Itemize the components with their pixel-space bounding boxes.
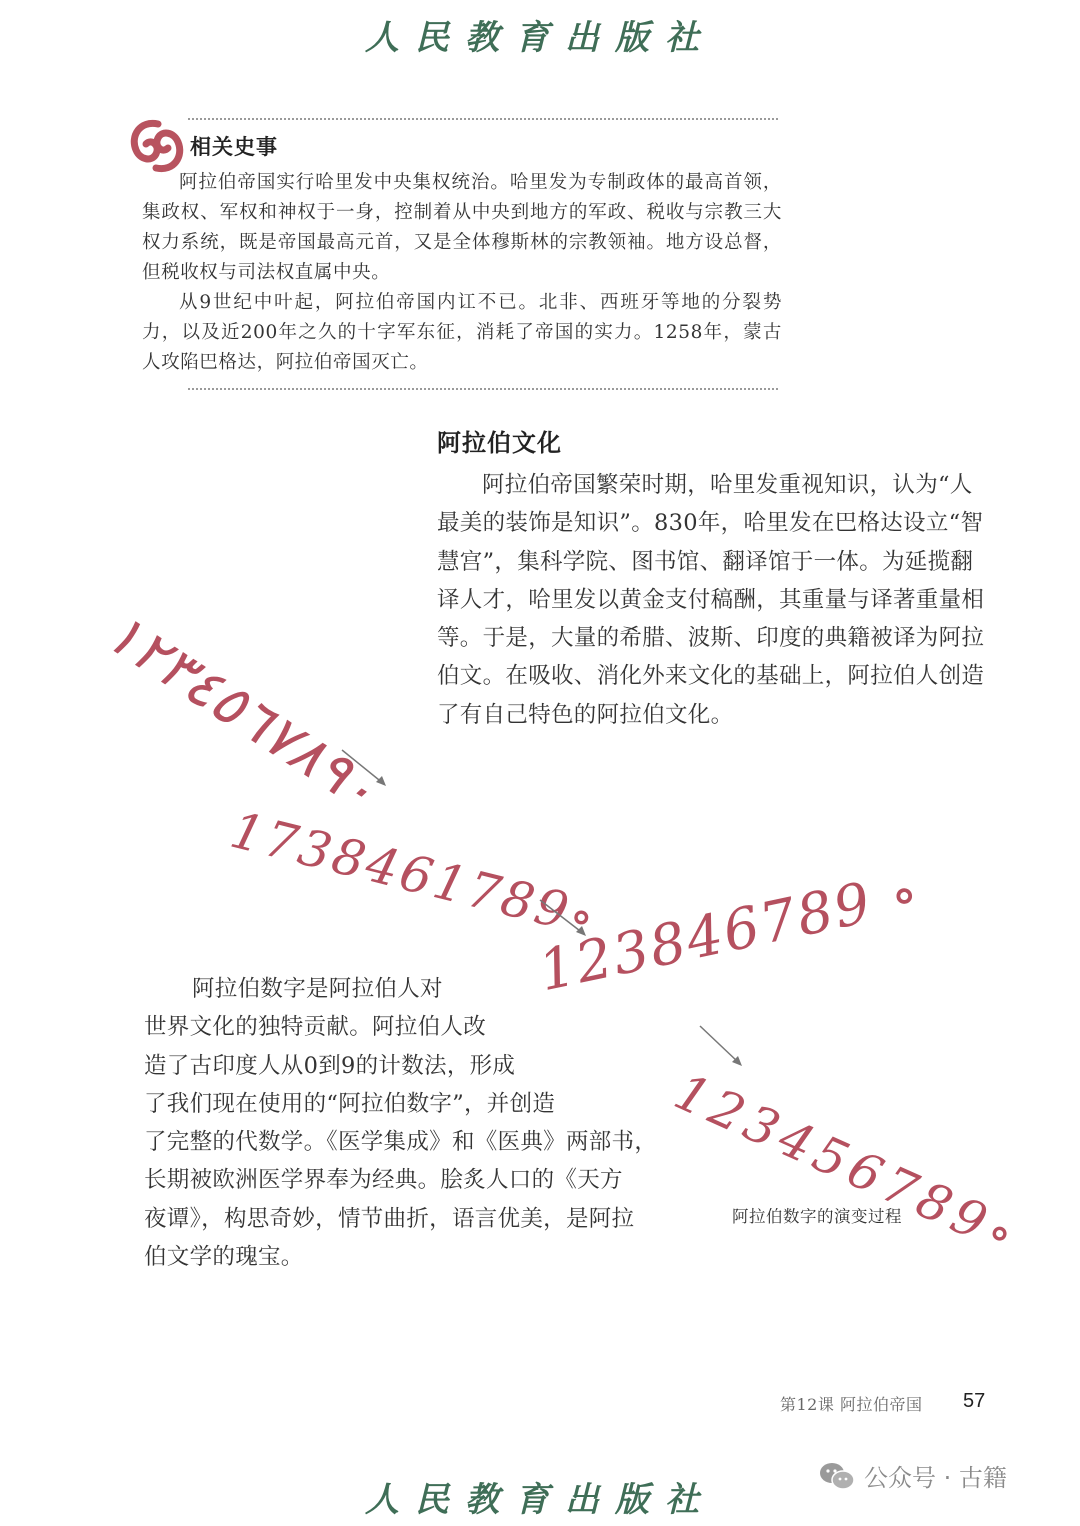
text-line: 世界文化的独特贡献。阿拉伯人改: [144, 1008, 696, 1046]
publisher-logo-bottom: 人民教育出版社: [0, 1472, 1080, 1521]
arrow-icon: [340, 748, 390, 790]
box-bottom-divider: [188, 388, 778, 390]
text-line: 了我们现在使用的“阿拉伯数字”，并创造: [144, 1085, 696, 1123]
text-line: 夜谭》，构思奇妙，情节曲折，语言优美，是阿拉: [144, 1200, 696, 1238]
text-line: 了完整的代数学。《医学集成》和《医典》两部书，: [144, 1123, 696, 1161]
box-title: 相关史事: [190, 131, 278, 161]
section-heading: 阿拉伯文化: [437, 423, 562, 458]
section-paragraph: 阿拉伯帝国繁荣时期，哈里发重视知识，认为“人最美的装饰是知识”。830年，哈里发…: [437, 466, 989, 734]
numerals-stage-4: 123456789∘: [666, 1063, 1028, 1267]
box-top-divider: [188, 118, 778, 120]
box-paragraph-2: 从9世纪中叶起，阿拉伯帝国内讧不已。北非、西班牙等地的分裂势力，以及近200年之…: [142, 288, 782, 378]
related-history-icon: [128, 118, 186, 174]
running-footer: 第12课 阿拉伯帝国: [780, 1392, 922, 1415]
publisher-logo-top: 人民教育出版社: [0, 10, 1080, 59]
text-line: 阿拉伯数字是阿拉伯人对: [144, 970, 696, 1008]
box-paragraph-1: 阿拉伯帝国实行哈里发中央集权统治。哈里发为专制政体的最高首领，集政权、军权和神权…: [142, 168, 782, 288]
numerals-stage-1: ١٢٣٤٥٦٧٨٩٠: [93, 597, 391, 824]
figure-caption: 阿拉伯数字的演变过程: [732, 1203, 902, 1227]
text-line: 造了古印度人从0到9的计数法，形成: [144, 1047, 696, 1085]
numerals-paragraph: 阿拉伯数字是阿拉伯人对 世界文化的独特贡献。阿拉伯人改 造了古印度人从0到9的计…: [144, 970, 696, 1276]
arrow-icon: [698, 1024, 746, 1068]
box-body: 阿拉伯帝国实行哈里发中央集权统治。哈里发为专制政体的最高首领，集政权、军权和神权…: [142, 168, 782, 378]
section-body: 阿拉伯帝国繁荣时期，哈里发重视知识，认为“人最美的装饰是知识”。830年，哈里发…: [437, 466, 989, 734]
page-number: 57: [963, 1390, 985, 1413]
text-line: 长期被欧洲医学界奉为经典。脍炙人口的《天方: [144, 1161, 696, 1199]
text-line: 伯文学的瑰宝。: [144, 1238, 696, 1276]
